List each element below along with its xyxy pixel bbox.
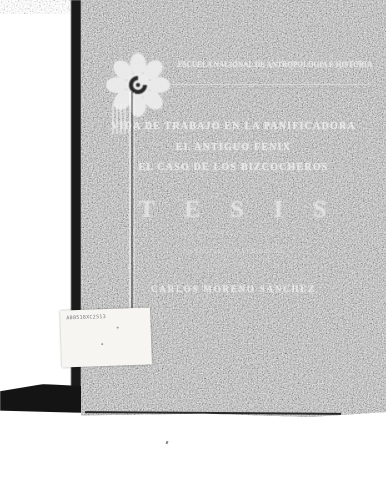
margin-speckle-rect bbox=[0, 0, 71, 500]
degree-line1: QUE PARA OPTAR EL TITULO DE bbox=[81, 230, 386, 237]
label-accession-code: A00518XC2513 bbox=[66, 314, 106, 321]
thesis-heading: T E S I S bbox=[91, 197, 386, 224]
top-band-rect bbox=[0, 0, 71, 14]
paper-speckle-texture bbox=[0, 0, 71, 500]
label-speck bbox=[101, 343, 103, 345]
top-edge-speckle-texture bbox=[0, 0, 71, 14]
paper-speck bbox=[166, 441, 169, 445]
scanned-thesis-cover-page: ESCUELA NACIONAL DE ANTROPOLOGIA E HISTO… bbox=[0, 0, 386, 500]
binding-line bbox=[134, 92, 135, 310]
emblem-dot bbox=[136, 83, 140, 87]
institution-name: ESCUELA NACIONAL DE ANTROPOLOGIA E HISTO… bbox=[178, 60, 365, 69]
label-speck bbox=[117, 327, 119, 329]
author-name: CARLOS MORENO SANCHEZ bbox=[81, 284, 386, 294]
scan-bottom-edge bbox=[85, 411, 341, 415]
library-barcode-label: A00518XC2513 bbox=[60, 307, 152, 367]
degree-line2: LICENCIADO EN ETNOLOGIA bbox=[81, 248, 386, 255]
double-rule bbox=[171, 84, 371, 89]
thesis-title-line1: VIDA DE TRABAJO EN LA PANIFICADORA bbox=[81, 121, 386, 132]
thesis-title-line2: EL ANTIGUO FENIX bbox=[81, 142, 386, 153]
presents-line: P R E S E N T A bbox=[81, 263, 386, 270]
binding-line bbox=[131, 92, 133, 314]
thesis-title-line3: EL CASO DE LOS BIZCOCHEROS bbox=[81, 162, 386, 173]
